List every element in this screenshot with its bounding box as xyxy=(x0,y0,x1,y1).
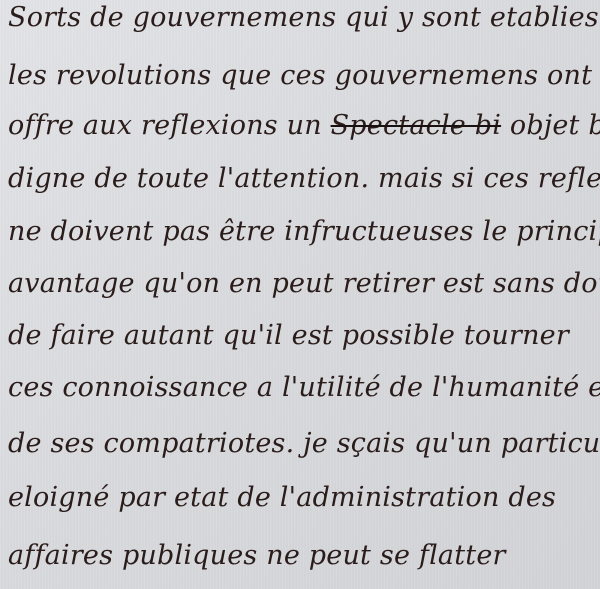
manuscript-line-9: de ses compatriotes. je sçais qu'un part… xyxy=(8,428,600,459)
manuscript-line-10: eloigné par etat de l'administration des xyxy=(8,482,556,513)
line-3-end: objet bi xyxy=(501,110,600,141)
manuscript-line-5: ne doivent pas être infructueuses le pri… xyxy=(8,216,600,247)
line-3-start: offre aux reflexions un xyxy=(8,110,331,141)
manuscript-line-1: Sorts de gouvernemens qui y sont etablie… xyxy=(8,2,600,33)
struck-through-word: Spectacle bi xyxy=(331,110,501,141)
manuscript-page: Sorts de gouvernemens qui y sont etablie… xyxy=(0,0,600,589)
manuscript-line-4: digne de toute l'attention. mais si ces … xyxy=(8,163,600,194)
manuscript-line-7: de faire autant qu'il est possible tourn… xyxy=(8,320,569,351)
manuscript-line-11: affaires publiques ne peut se flatter xyxy=(8,540,506,571)
manuscript-line-8: ces connoissance a l'utilité de l'humani… xyxy=(8,372,600,403)
manuscript-line-6: avantage qu'on en peut retirer est sans … xyxy=(8,268,600,299)
manuscript-line-2: les revolutions que ces gouvernemens ont… xyxy=(8,60,600,91)
manuscript-line-3: offre aux reflexions un Spectacle bi obj… xyxy=(8,110,600,141)
